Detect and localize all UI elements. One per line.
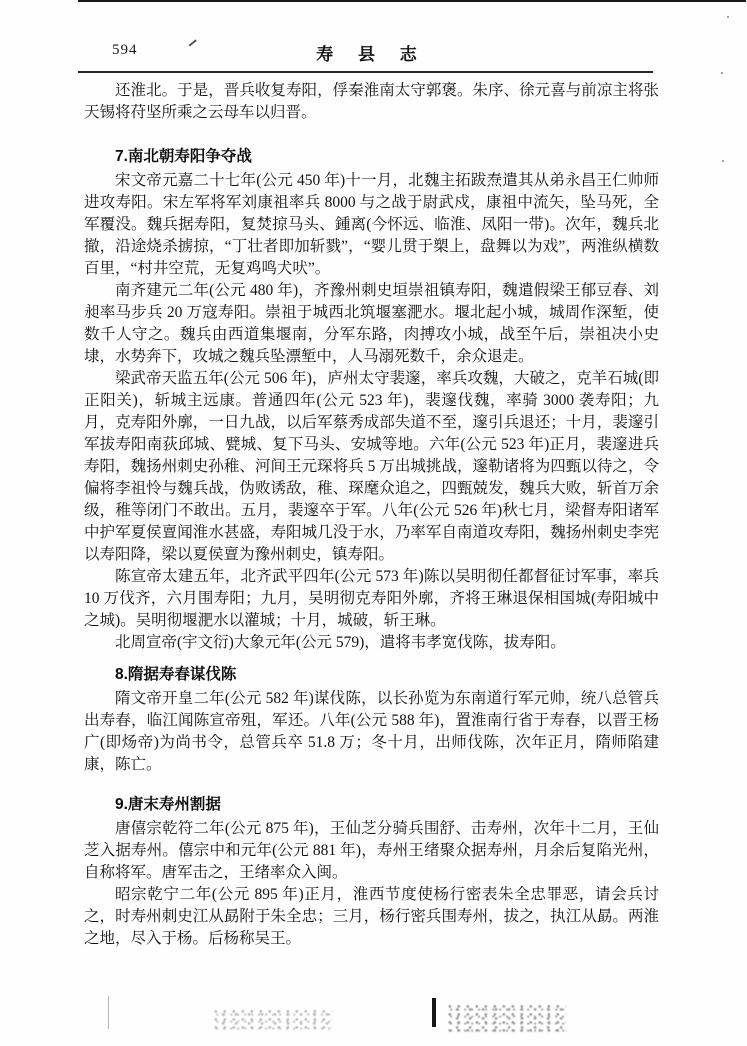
section-7-paragraph: 北周宣帝(宇文衍)大象元年(公元 579)，遣将韦孝宽伐陈，拔寿阳。 — [84, 632, 659, 654]
running-head-book-title: 寿 县 志 — [84, 40, 659, 65]
scan-top-edge-line — [78, 0, 746, 2]
scan-artifact-speck — [721, 72, 723, 74]
section-7: 7.南北朝寿阳争夺战 宋文帝元嘉二十七年(公元 450 年)十一月，北魏主拓跋焘… — [84, 146, 659, 654]
section-7-heading: 7.南北朝寿阳争夺战 — [84, 146, 659, 168]
scan-artifact-bleedthrough-smudge — [214, 1009, 332, 1031]
section-8-paragraph: 隋文帝开皇二年(公元 582 年)谋伐陈，以长孙览为东南道行军元帅，统八总管兵出… — [84, 688, 659, 776]
section-9-paragraph: 唐僖宗乾符二年(公元 875 年)，王仙芝分骑兵围舒、击寿州，次年十二月，王仙芝… — [84, 818, 659, 884]
scan-artifact-speck — [722, 160, 724, 162]
scan-artifact-thin-line — [108, 996, 109, 1029]
intro-paragraph: 还淮北。于是，晋兵收复寿阳，俘秦淮南太守郭褒。朱序、徐元喜与前凉主将张天锡将苻坚… — [84, 80, 659, 124]
section-8-heading: 8.隋据寿春谋伐陈 — [84, 664, 659, 686]
section-9-heading: 9.唐末寿州割据 — [84, 794, 659, 816]
section-9: 9.唐末寿州割据 唐僖宗乾符二年(公元 875 年)，王仙芝分骑兵围舒、击寿州，… — [84, 794, 659, 950]
section-7-paragraph: 陈宣帝太建五年，北齐武平四年(公元 573 年)陈以吴明彻任都督征讨军事，率兵 … — [84, 566, 659, 632]
scan-artifact-ink-bar — [432, 998, 436, 1027]
scanned-book-page: 594 寿 县 志 还淮北。于是，晋兵收复寿阳，俘秦淮南太守郭褒。朱序、徐元喜与… — [0, 0, 747, 1046]
section-9-paragraph: 昭宗乾宁二年(公元 895 年)正月，淮西节度使杨行密表朱全忠罪恶，请会兵讨之，… — [84, 884, 659, 950]
scan-artifact-speck — [727, 16, 729, 18]
section-7-paragraph: 南齐建元二年(公元 480 年)，齐豫州刺史垣崇祖镇寿阳，魏遣假梁王郁豆春、刘昶… — [84, 280, 659, 368]
section-8: 8.隋据寿春谋伐陈 隋文帝开皇二年(公元 582 年)谋伐陈，以长孙览为东南道行… — [84, 664, 659, 776]
section-7-paragraph: 梁武帝天监五年(公元 506 年)，庐州太守裴邃，率兵攻魏，大破之，克羊石城(即… — [84, 368, 659, 566]
header-rule — [78, 71, 653, 73]
page-body: 还淮北。于是，晋兵收复寿阳，俘秦淮南太守郭褒。朱序、徐元喜与前凉主将张天锡将苻坚… — [84, 80, 659, 950]
section-7-paragraph: 宋文帝元嘉二十七年(公元 450 年)十一月，北魏主拓跋焘遣其从弟永昌王仁帅师进… — [84, 170, 659, 280]
scan-artifact-bleedthrough-smudge — [448, 1004, 566, 1032]
